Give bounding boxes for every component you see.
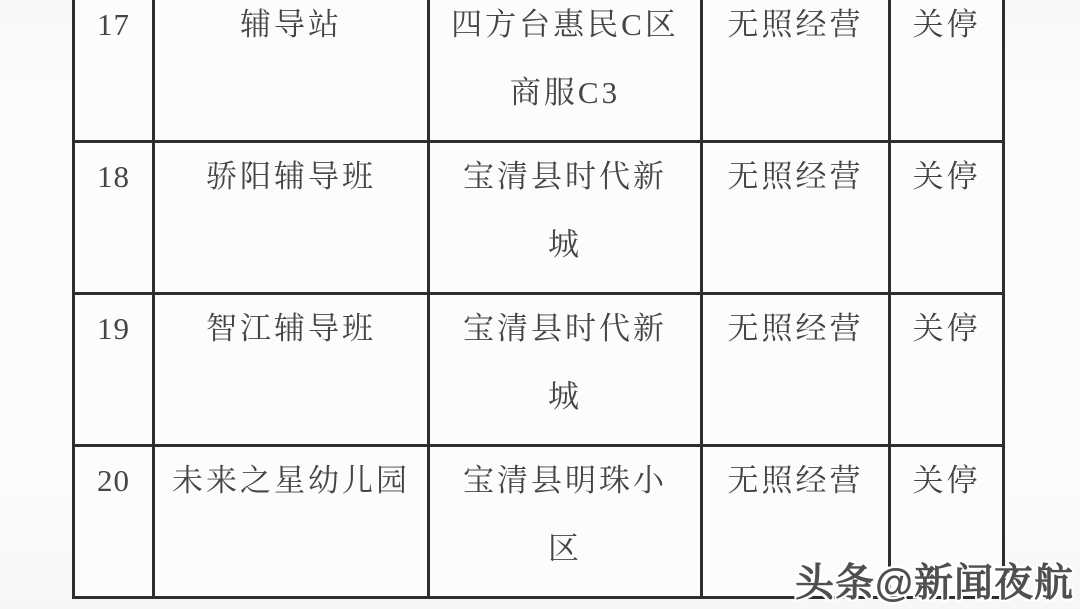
- table-cell-address: 四方台惠民C区 商服C3: [430, 0, 700, 140]
- table-cell-action: 关停: [891, 143, 1002, 292]
- table-cell-action: 关停: [891, 0, 1002, 140]
- address-line-1: 宝清县时代新: [430, 143, 700, 211]
- table-cell-name: 智江辅导班: [155, 295, 427, 444]
- document-page: 17 辅导站 四方台惠民C区 商服C3 无照经营 关停 18 骄阳辅导班 宝清县…: [0, 0, 1080, 609]
- table-cell-address: 宝清县时代新 城: [430, 295, 700, 444]
- table-cell-violation: 无照经营: [703, 0, 888, 140]
- address-line-1: 四方台惠民C区: [430, 0, 700, 59]
- table-cell-number: 20: [75, 447, 152, 596]
- address-line-1: 宝清县明珠小: [430, 447, 700, 515]
- table-cell-violation: 无照经营: [703, 143, 888, 292]
- table-cell-name: 辅导站: [155, 0, 427, 140]
- table-cell-address: 宝清县时代新 城: [430, 143, 700, 292]
- table-cell-number: 17: [75, 0, 152, 140]
- table-cell-name: 未来之星幼儿园: [155, 447, 427, 596]
- address-line-2: 城: [430, 363, 700, 431]
- table-cell-number: 18: [75, 143, 152, 292]
- address-line-2: 城: [430, 211, 700, 279]
- table-cell-name: 骄阳辅导班: [155, 143, 427, 292]
- table-cell-violation: 无照经营: [703, 295, 888, 444]
- table-cell-number: 19: [75, 295, 152, 444]
- watermark-text: 头条@新闻夜航: [795, 562, 1074, 605]
- table-cell-action: 关停: [891, 295, 1002, 444]
- address-line-1: 宝清县时代新: [430, 295, 700, 363]
- watermark: 头条@新闻夜航: [795, 552, 1074, 608]
- address-line-2: 商服C3: [430, 59, 700, 127]
- violation-table: 17 辅导站 四方台惠民C区 商服C3 无照经营 关停 18 骄阳辅导班 宝清县…: [72, 0, 1005, 599]
- address-line-2: 区: [430, 515, 700, 583]
- table-cell-address: 宝清县明珠小 区: [430, 447, 700, 596]
